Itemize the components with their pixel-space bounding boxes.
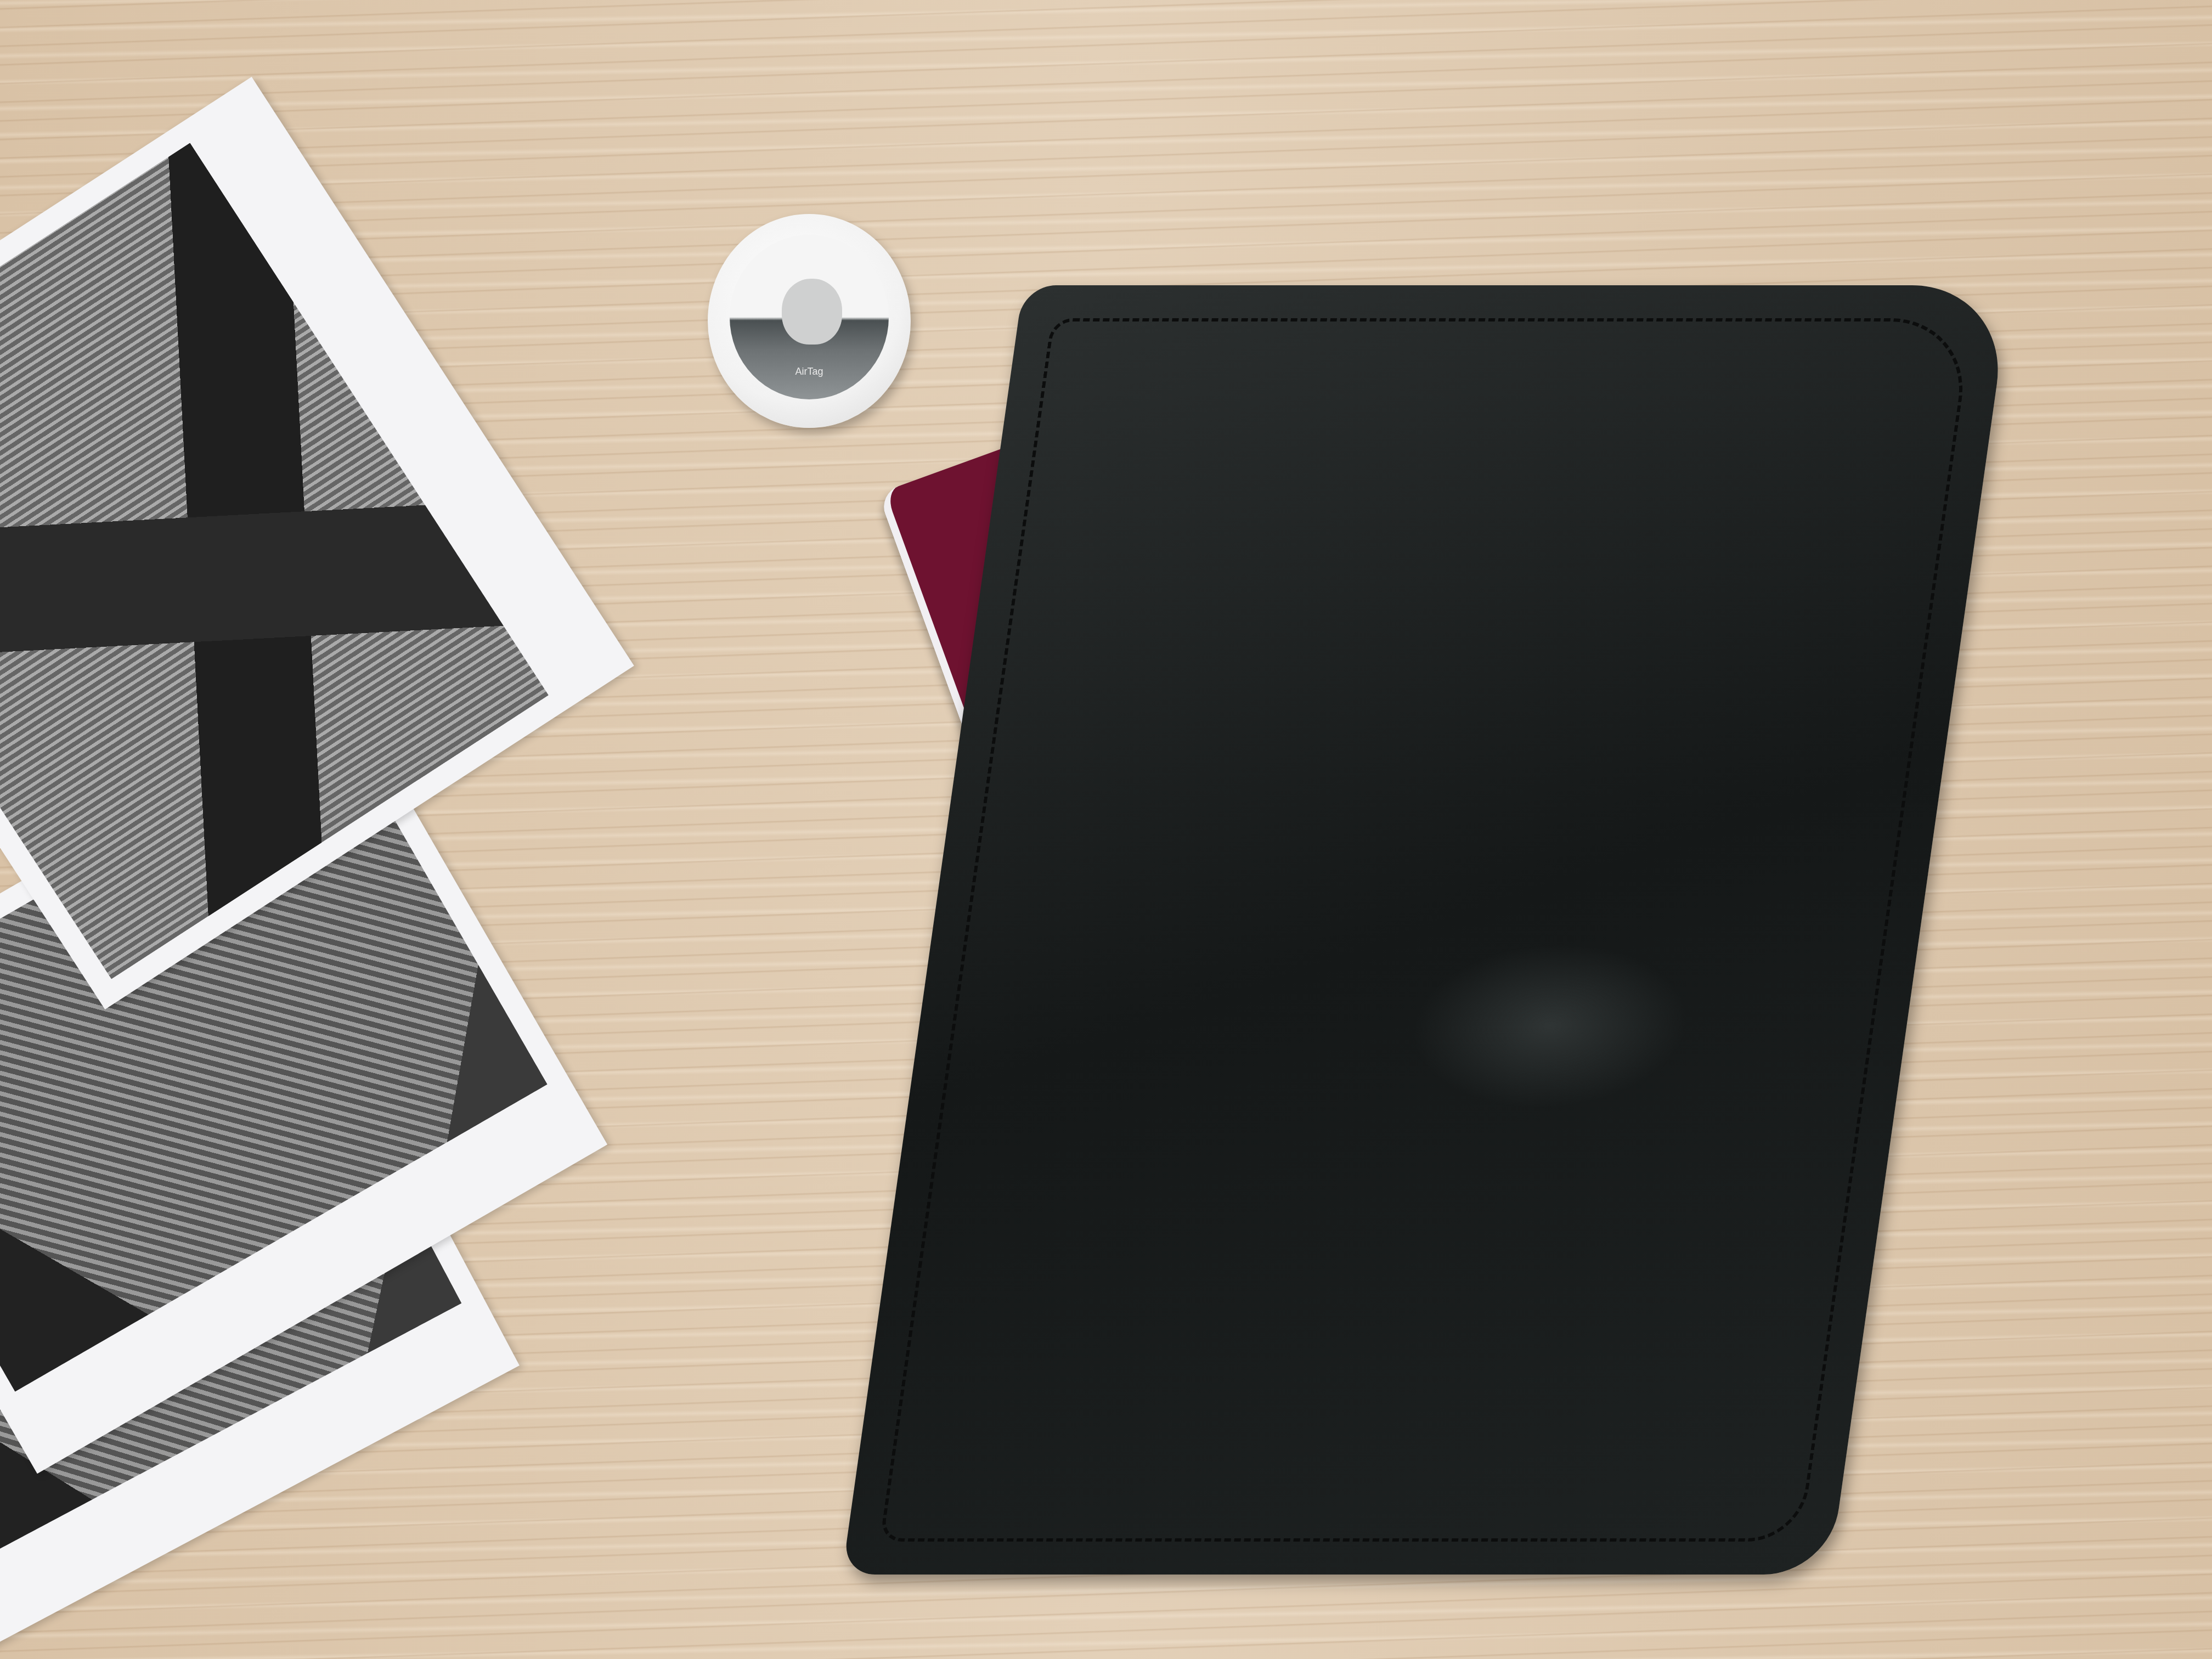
airtag-face: AirTag (730, 235, 889, 399)
stitching (879, 318, 1973, 1542)
postcard-image (0, 143, 549, 979)
postcard-skyscrapers (0, 77, 634, 1009)
leather-passport-holder (842, 285, 2011, 1575)
apple-logo-icon (782, 279, 842, 345)
airtag-engraving: AirTag (730, 366, 889, 377)
wood-table-background: AirTag SV Designed by Apple in Californi… (0, 0, 2212, 1659)
airtag: AirTag (708, 214, 911, 428)
leather-sheen (1401, 944, 1699, 1108)
